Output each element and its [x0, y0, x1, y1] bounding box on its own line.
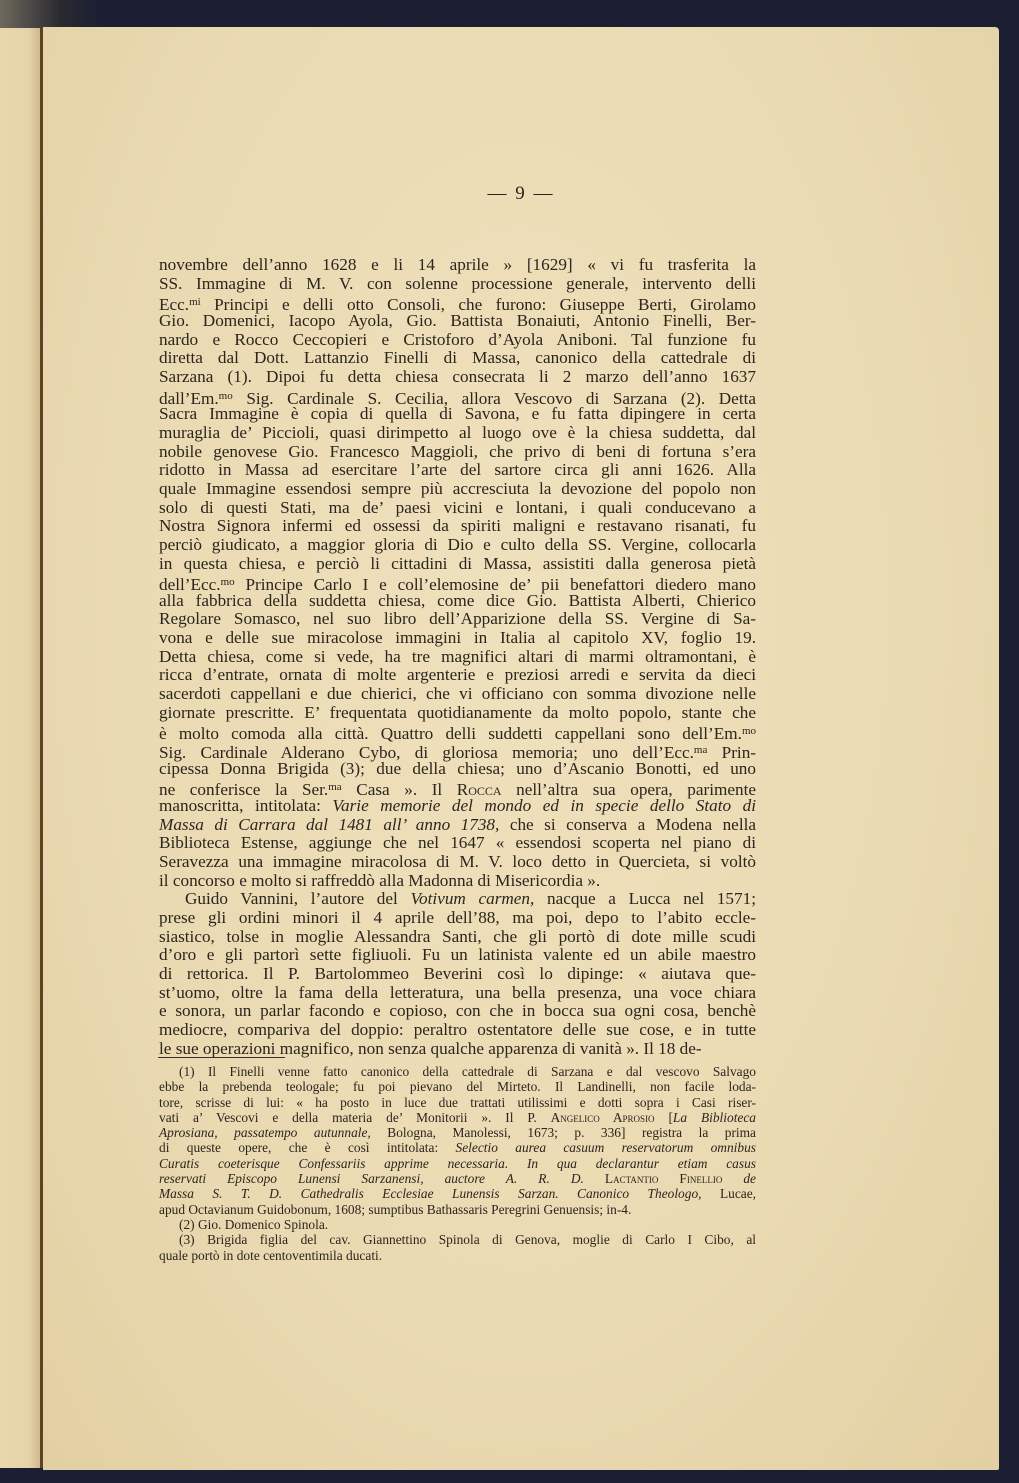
- text-run: (1) Il Finelli venne fatto canonico dell…: [179, 1064, 756, 1079]
- body-line: siastico, tolse in moglie Alessandra San…: [159, 928, 756, 947]
- superscript: ma: [328, 781, 341, 793]
- italic-text: La Biblioteca: [673, 1110, 756, 1125]
- text-run: tore, scrisse di lui: « ha posto in luce…: [159, 1095, 756, 1110]
- body-line: di rettorica. Il P. Bartolommeo Beverini…: [159, 965, 756, 984]
- text-run: solo di questi Stati, ma de’ paesi vicin…: [159, 498, 756, 517]
- italic-text: Votivum carmen,: [410, 889, 534, 908]
- text-run: le sue operazioni magnifico, non senza q…: [159, 1039, 702, 1058]
- text-run: nacque a Lucca nel 1571;: [534, 889, 756, 908]
- text-run: d’oro e gli partorì sette figliuoli. Fu …: [159, 945, 756, 964]
- body-line: sacerdoti cappellani e due chierici, che…: [159, 685, 756, 704]
- footnote-line: Massa S. T. D. Cathedralis Ecclesiae Lun…: [159, 1186, 756, 1201]
- body-line: Regolare Somasco, nel suo libro dell’App…: [159, 610, 756, 629]
- body-line: novembre dell’anno 1628 e li 14 aprile »…: [159, 256, 756, 275]
- body-line: Guido Vannini, l’autore del Votivum carm…: [159, 890, 756, 909]
- footnote-line: (1) Il Finelli venne fatto canonico dell…: [159, 1064, 756, 1079]
- text-run: Seravezza una immagine miracolosa di M. …: [159, 852, 756, 871]
- body-line: nobile genovese Gio. Francesco Maggioli,…: [159, 443, 756, 462]
- superscript: mo: [742, 725, 756, 737]
- text-run: quale portò in dote centoventimila ducat…: [159, 1248, 382, 1263]
- italic-text: Curatis coeterisque Confessariis apprime…: [159, 1156, 756, 1171]
- body-line: perciò giudicato, a maggior gloria di Di…: [159, 536, 756, 555]
- text-run: muraglia de’ Piccioli, quasi dirimpetto …: [159, 423, 756, 442]
- text-run: Guido Vannini, l’autore del: [185, 889, 410, 908]
- body-line: muraglia de’ Piccioli, quasi dirimpetto …: [159, 424, 756, 443]
- text-run: siastico, tolse in moglie Alessandra San…: [159, 927, 756, 946]
- body-line: mediocre, compariva del doppio: peraltro…: [159, 1021, 756, 1040]
- body-line: il concorso e molto si raffreddò alla Ma…: [159, 872, 756, 891]
- text-run: sacerdoti cappellani e due chierici, che…: [159, 684, 756, 703]
- text-run: Lucae,: [702, 1186, 757, 1201]
- footnote-line: (3) Brigida figlia del cav. Giannettino …: [159, 1232, 756, 1247]
- italic-text: de: [722, 1171, 756, 1186]
- text-run: che si conserva a Modena nella: [499, 815, 756, 834]
- body-line: solo di questi Stati, ma de’ paesi vicin…: [159, 499, 756, 518]
- text-run: alla fabbrica della suddetta chiesa, com…: [159, 591, 756, 610]
- body-line: giornate prescritte. E’ frequentata quot…: [159, 704, 756, 723]
- text-run: [: [655, 1110, 673, 1125]
- text-run: Gio. Domenici, Iacopo Ayola, Gio. Battis…: [159, 311, 756, 330]
- footnotes: (1) Il Finelli venne fatto canonico dell…: [159, 1064, 756, 1263]
- footnote-line: quale portò in dote centoventimila ducat…: [159, 1248, 756, 1263]
- italic-text: Aprosiana, passatempo autunnale,: [159, 1125, 371, 1140]
- body-line: d’oro e gli partorì sette figliuoli. Fu …: [159, 946, 756, 965]
- body-line: ne conferisce la Ser.ma Casa ». Il Rocca…: [159, 778, 756, 797]
- text-run: mediocre, compariva del doppio: peraltro…: [159, 1020, 756, 1039]
- text-run: prese gli ordini minori il 4 aprile dell…: [159, 908, 756, 927]
- text-run: quale Immagine essendosi sempre più accr…: [159, 479, 756, 498]
- text-run: diretta dal Dott. Lattanzio Finelli di M…: [159, 348, 756, 367]
- body-line: Sig. Cardinale Alderano Cybo, di glorios…: [159, 741, 756, 760]
- body-line: e sonora, un parlar facondo e copioso, c…: [159, 1002, 756, 1021]
- superscript: mo: [221, 576, 235, 588]
- scan-background: [0, 0, 100, 30]
- text-run: perciò giudicato, a maggior gloria di Di…: [159, 535, 756, 554]
- text-run: nardo e Rocco Ceccopieri e Cristoforo d’…: [159, 330, 756, 349]
- text-run: Biblioteca Estense, aggiunge che nel 164…: [159, 833, 756, 852]
- italic-text: Selectio aurea casuum reservatorum omnib…: [456, 1140, 756, 1155]
- body-line: quale Immagine essendosi sempre più accr…: [159, 480, 756, 499]
- text-run: (3) Brigida figlia del cav. Giannettino …: [179, 1232, 756, 1247]
- footnote-line: tore, scrisse di lui: « ha posto in luce…: [159, 1095, 756, 1110]
- italic-text: reservati Episcopo Lunensi Sarzanensi, a…: [159, 1171, 605, 1186]
- footnote-line: vati a’ Vescovi e della materia de’ Moni…: [159, 1110, 756, 1125]
- text-run: ricca d’entrate, ornata di molte argente…: [159, 665, 756, 684]
- superscript: mo: [219, 390, 233, 402]
- page-number: — 9 —: [43, 183, 999, 205]
- body-line: prese gli ordini minori il 4 aprile dell…: [159, 909, 756, 928]
- footnote-line: apud Octavianum Guidobonum, 1608; sumpti…: [159, 1202, 756, 1217]
- body-line: Seravezza una immagine miracolosa di M. …: [159, 853, 756, 872]
- text-run: Nostra Signora infermi ed ossessi da spi…: [159, 516, 756, 535]
- footnote-separator: [158, 1057, 285, 1058]
- body-line: Sacra Immagine è copia di quella di Savo…: [159, 405, 756, 424]
- text-run: Regolare Somasco, nel suo libro dell’App…: [159, 609, 756, 628]
- body-line: manoscritta, intitolata: Varie memorie d…: [159, 797, 756, 816]
- body-line: diretta dal Dott. Lattanzio Finelli di M…: [159, 349, 756, 368]
- body-line: le sue operazioni magnifico, non senza q…: [159, 1040, 756, 1059]
- text-run: e sonora, un parlar facondo e copioso, c…: [159, 1001, 756, 1020]
- small-caps-name: Lactantio Finellio: [605, 1171, 722, 1186]
- body-line: alla fabbrica della suddetta chiesa, com…: [159, 592, 756, 611]
- text-run: in questa chiesa, e perciò li cittadini …: [159, 554, 756, 573]
- italic-text: Massa S. T. D. Cathedralis Ecclesiae Lun…: [159, 1186, 702, 1201]
- text-run: Detta chiesa, come si vede, ha tre magni…: [159, 647, 756, 666]
- text-run: (2) Gio. Domenico Spinola.: [179, 1217, 328, 1232]
- text-run: Sacra Immagine è copia di quella di Savo…: [159, 404, 756, 423]
- body-text: novembre dell’anno 1628 e li 14 aprile »…: [159, 256, 756, 1058]
- body-line: ricca d’entrate, ornata di molte argente…: [159, 666, 756, 685]
- text-run: cipessa Donna Brigida (3); due della chi…: [159, 759, 756, 778]
- text-run: Sarzana (1). Dipoi fu detta chiesa conse…: [159, 367, 756, 386]
- superscript: mi: [189, 296, 201, 308]
- text-run: SS. Immagine di M. V. con solenne proces…: [159, 274, 756, 293]
- footnote-line: Curatis coeterisque Confessariis apprime…: [159, 1156, 756, 1171]
- text-run: di rettorica. Il P. Bartolommeo Beverini…: [159, 964, 756, 983]
- text-run: Bologna, Manolessi, 1673; p. 336] regist…: [371, 1125, 756, 1140]
- text-run: di queste opere, che è così intitolata:: [159, 1140, 456, 1155]
- footnote-line: (2) Gio. Domenico Spinola.: [159, 1217, 756, 1232]
- body-line: in questa chiesa, e perciò li cittadini …: [159, 555, 756, 574]
- text-run: giornate prescritte. E’ frequentata quot…: [159, 703, 756, 722]
- footnote-line: ebbe la prebenda teologale; fu poi pieva…: [159, 1079, 756, 1094]
- body-line: SS. Immagine di M. V. con solenne proces…: [159, 275, 756, 294]
- italic-text: Massa di Carrara dal 1481 all’ anno 1738…: [159, 815, 499, 834]
- text-run: il concorso e molto si raffreddò alla Ma…: [159, 871, 600, 890]
- body-line: Gio. Domenici, Iacopo Ayola, Gio. Battis…: [159, 312, 756, 331]
- text-run: vona e delle sue miracolose immagini in …: [159, 628, 756, 647]
- text-run: ebbe la prebenda teologale; fu poi pieva…: [159, 1079, 756, 1094]
- text-run: vati a’ Vescovi e della materia de’ Moni…: [159, 1110, 551, 1125]
- footnote-line: Aprosiana, passatempo autunnale, Bologna…: [159, 1125, 756, 1140]
- footnote-line: di queste opere, che è così intitolata: …: [159, 1140, 756, 1155]
- body-line: è molto comoda alla città. Quattro delli…: [159, 722, 756, 741]
- body-line: Detta chiesa, come si vede, ha tre magni…: [159, 648, 756, 667]
- body-line: Sarzana (1). Dipoi fu detta chiesa conse…: [159, 368, 756, 387]
- text-run: ridotto in Massa ad esercitare l’arte de…: [159, 460, 756, 479]
- body-line: Biblioteca Estense, aggiunge che nel 164…: [159, 834, 756, 853]
- body-line: Nostra Signora infermi ed ossessi da spi…: [159, 517, 756, 536]
- book-page: — 9 — novembre dell’anno 1628 e li 14 ap…: [43, 27, 999, 1470]
- body-line: Ecc.mi Principi e delli otto Consoli, ch…: [159, 293, 756, 312]
- text-run: nobile genovese Gio. Francesco Maggioli,…: [159, 442, 756, 461]
- footnote-line: reservati Episcopo Lunensi Sarzanensi, a…: [159, 1171, 756, 1186]
- body-line: nardo e Rocco Ceccopieri e Cristoforo d’…: [159, 331, 756, 350]
- text-run: novembre dell’anno 1628 e li 14 aprile »…: [159, 255, 756, 274]
- previous-page-edge: [0, 28, 41, 1468]
- text-run: st’uomo, oltre la fama della letteratura…: [159, 983, 756, 1002]
- body-line: Massa di Carrara dal 1481 all’ anno 1738…: [159, 816, 756, 835]
- text-run: manoscritta, intitolata:: [159, 796, 332, 815]
- italic-text: Varie memorie del mondo ed in specie del…: [332, 796, 756, 815]
- body-line: dall’Em.mo Sig. Cardinale S. Cecilia, al…: [159, 387, 756, 406]
- body-line: ridotto in Massa ad esercitare l’arte de…: [159, 461, 756, 480]
- small-caps-name: Angelico Aprosio: [551, 1110, 655, 1125]
- body-line: vona e delle sue miracolose immagini in …: [159, 629, 756, 648]
- superscript: ma: [694, 744, 707, 756]
- body-line: cipessa Donna Brigida (3); due della chi…: [159, 760, 756, 779]
- text-run: apud Octavianum Guidobonum, 1608; sumpti…: [159, 1202, 631, 1217]
- body-line: dell’Ecc.mo Principe Carlo I e coll’elem…: [159, 573, 756, 592]
- body-line: st’uomo, oltre la fama della letteratura…: [159, 984, 756, 1003]
